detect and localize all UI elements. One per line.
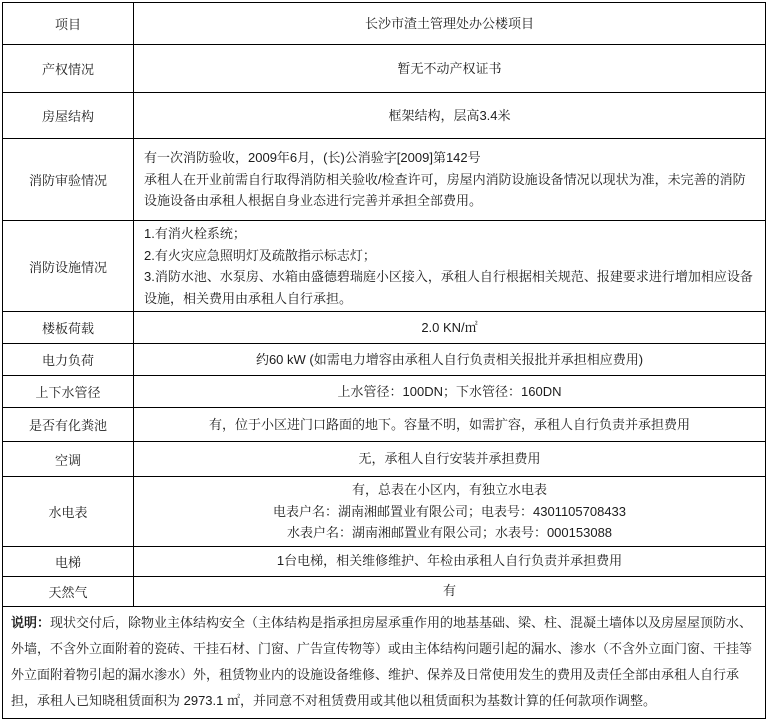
table-row: 产权情况暂无不动产权证书 (3, 45, 766, 93)
note-row: 说明：现状交付后，除物业主体结构安全（主体结构是指承担房屋承重作用的地基基础、梁… (3, 606, 766, 718)
row-label: 电力负荷 (3, 344, 134, 376)
note-text: 现状交付后，除物业主体结构安全（主体结构是指承担房屋承重作用的地基基础、梁、柱、… (11, 615, 752, 708)
row-value-line: 有，位于小区进门口路面的地下。容量不明，如需扩容，承租人自行负责并承担费用 (142, 414, 757, 436)
table-row: 天然气有 (3, 576, 766, 606)
row-value: 框架结构，层高3.4米 (134, 93, 766, 139)
row-label: 消防审验情况 (3, 139, 134, 221)
row-value-line: 1台电梯，相关维修维护、年检由承租人自行负责并承担费用 (142, 550, 757, 572)
row-value-line: 承租人在开业前需自行取得消防相关验收/检查许可，房屋内消防设施设备情况以现状为准… (144, 169, 755, 212)
row-label: 房屋结构 (3, 93, 134, 139)
row-value: 1.有消火栓系统；2.有火灾应急照明灯及疏散指示标志灯；3.消防水池、水泵房、水… (134, 221, 766, 312)
table-row: 电梯1台电梯，相关维修维护、年检由承租人自行负责并承担费用 (3, 546, 766, 576)
table-note-body: 说明：现状交付后，除物业主体结构安全（主体结构是指承担房屋承重作用的地基基础、梁… (3, 606, 766, 718)
table-body: 项目长沙市渣土管理处办公楼项目产权情况暂无不动产权证书房屋结构框架结构，层高3.… (3, 3, 766, 607)
table-row: 楼板荷载2.0 KN/㎡ (3, 312, 766, 344)
row-value-line: 水表户名：湖南湘邮置业有限公司；水表号：000153088 (142, 522, 757, 544)
table-row: 空调无，承租人自行安装并承担费用 (3, 442, 766, 477)
row-label: 水电表 (3, 477, 134, 547)
row-label: 电梯 (3, 546, 134, 576)
row-label: 空调 (3, 442, 134, 477)
row-value-line: 2.0 KN/㎡ (142, 317, 757, 339)
table-row: 上下水管径上水管径：100DN；下水管径：160DN (3, 376, 766, 408)
row-label: 消防设施情况 (3, 221, 134, 312)
row-label: 上下水管径 (3, 376, 134, 408)
table-row: 项目长沙市渣土管理处办公楼项目 (3, 3, 766, 45)
row-label: 楼板荷载 (3, 312, 134, 344)
row-value-line: 长沙市渣土管理处办公楼项目 (142, 13, 757, 35)
row-value-line: 电表户名：湖南湘邮置业有限公司；电表号：4301105708433 (142, 501, 757, 523)
table-row: 电力负荷约60 kW (如需电力增容由承租人自行负责相关报批并承担相应费用) (3, 344, 766, 376)
row-value: 有，位于小区进门口路面的地下。容量不明，如需扩容，承租人自行负责并承担费用 (134, 408, 766, 442)
row-value: 暂无不动产权证书 (134, 45, 766, 93)
row-value-line: 约60 kW (如需电力增容由承租人自行负责相关报批并承担相应费用) (142, 349, 757, 371)
row-value: 有，总表在小区内，有独立水电表电表户名：湖南湘邮置业有限公司；电表号：43011… (134, 477, 766, 547)
row-value-line: 有一次消防验收，2009年6月，(长)公消验字[2009]第142号 (144, 147, 755, 169)
row-value: 1台电梯，相关维修维护、年检由承租人自行负责并承担费用 (134, 546, 766, 576)
table-row: 是否有化粪池有，位于小区进门口路面的地下。容量不明，如需扩容，承租人自行负责并承… (3, 408, 766, 442)
note-label: 说明： (11, 615, 50, 630)
row-value: 有一次消防验收，2009年6月，(长)公消验字[2009]第142号承租人在开业… (134, 139, 766, 221)
table-row: 水电表有，总表在小区内，有独立水电表电表户名：湖南湘邮置业有限公司；电表号：43… (3, 477, 766, 547)
row-value: 无，承租人自行安装并承担费用 (134, 442, 766, 477)
row-value: 2.0 KN/㎡ (134, 312, 766, 344)
row-label: 是否有化粪池 (3, 408, 134, 442)
document-page: 项目长沙市渣土管理处办公楼项目产权情况暂无不动产权证书房屋结构框架结构，层高3.… (0, 0, 768, 720)
property-info-table: 项目长沙市渣土管理处办公楼项目产权情况暂无不动产权证书房屋结构框架结构，层高3.… (2, 2, 766, 719)
row-value-line: 暂无不动产权证书 (142, 58, 757, 80)
row-value-line: 有 (142, 580, 757, 602)
row-value-line: 无，承租人自行安装并承担费用 (142, 448, 757, 470)
note-cell: 说明：现状交付后，除物业主体结构安全（主体结构是指承担房屋承重作用的地基基础、梁… (3, 606, 766, 718)
row-value: 上水管径：100DN；下水管径：160DN (134, 376, 766, 408)
row-label: 产权情况 (3, 45, 134, 93)
row-value: 约60 kW (如需电力增容由承租人自行负责相关报批并承担相应费用) (134, 344, 766, 376)
table-row: 房屋结构框架结构，层高3.4米 (3, 93, 766, 139)
row-value: 长沙市渣土管理处办公楼项目 (134, 3, 766, 45)
row-value-line: 3.消防水池、水泵房、水箱由盛德碧瑞庭小区接入，承租人自行根据相关规范、报建要求… (144, 266, 755, 309)
row-label: 项目 (3, 3, 134, 45)
row-value: 有 (134, 576, 766, 606)
row-value-line: 2.有火灾应急照明灯及疏散指示标志灯； (144, 245, 755, 267)
row-value-line: 有，总表在小区内，有独立水电表 (142, 479, 757, 501)
row-value-line: 框架结构，层高3.4米 (142, 105, 757, 127)
row-value-line: 1.有消火栓系统； (144, 223, 755, 245)
row-value-line: 上水管径：100DN；下水管径：160DN (142, 381, 757, 403)
table-row: 消防设施情况1.有消火栓系统；2.有火灾应急照明灯及疏散指示标志灯；3.消防水池… (3, 221, 766, 312)
row-label: 天然气 (3, 576, 134, 606)
table-row: 消防审验情况有一次消防验收，2009年6月，(长)公消验字[2009]第142号… (3, 139, 766, 221)
